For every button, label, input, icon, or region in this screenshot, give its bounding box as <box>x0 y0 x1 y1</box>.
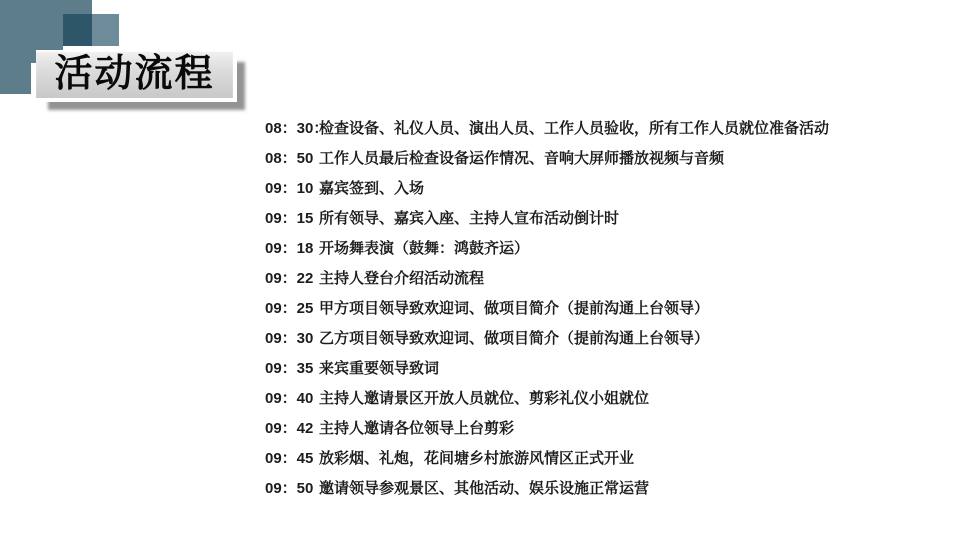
schedule-text: 检查设备、礼仪人员、演出人员、工作人员验收，所有工作人员就位准备活动 <box>319 117 925 138</box>
schedule-time: 09：35 <box>265 357 319 378</box>
schedule-time: 09：42 <box>265 417 319 438</box>
schedule-row: 09：18 开场舞表演（鼓舞：鸿鼓齐运） <box>265 232 925 262</box>
schedule-time: 09：25 <box>265 297 319 318</box>
schedule-text: 主持人邀请各位领导上台剪彩 <box>319 417 925 438</box>
schedule-time: 09：10 <box>265 177 319 198</box>
schedule-time: 08：50 <box>265 147 319 168</box>
schedule-row: 09：22 主持人登台介绍活动流程 <box>265 262 925 292</box>
corner-square-dark-decoration <box>63 14 92 46</box>
schedule-text: 乙方项目领导致欢迎词、做项目简介（提前沟通上台领导） <box>319 327 925 348</box>
schedule-row: 09：45 放彩烟、礼炮，花间塘乡村旅游风情区正式开业 <box>265 442 925 472</box>
schedule-row: 08：30： 检查设备、礼仪人员、演出人员、工作人员验收，所有工作人员就位准备活… <box>265 112 925 142</box>
schedule-time: 09：22 <box>265 267 319 288</box>
schedule-time: 09：18 <box>265 237 319 258</box>
schedule-list: 08：30： 检查设备、礼仪人员、演出人员、工作人员验收，所有工作人员就位准备活… <box>265 112 925 502</box>
schedule-time: 09：30 <box>265 327 319 348</box>
corner-square-light-decoration <box>92 14 119 46</box>
schedule-text: 放彩烟、礼炮，花间塘乡村旅游风情区正式开业 <box>319 447 925 468</box>
schedule-text: 开场舞表演（鼓舞：鸿鼓齐运） <box>319 237 925 258</box>
schedule-time: 09：45 <box>265 447 319 468</box>
schedule-text: 主持人登台介绍活动流程 <box>319 267 925 288</box>
slide: 活动流程 08：30： 检查设备、礼仪人员、演出人员、工作人员验收，所有工作人员… <box>0 0 960 540</box>
schedule-text: 来宾重要领导致词 <box>319 357 925 378</box>
schedule-row: 09：40 主持人邀请景区开放人员就位、剪彩礼仪小姐就位 <box>265 382 925 412</box>
corner-square-tall-decoration <box>0 0 31 94</box>
schedule-text: 所有领导、嘉宾入座、主持人宣布活动倒计时 <box>319 207 925 228</box>
schedule-row: 09：30 乙方项目领导致欢迎词、做项目简介（提前沟通上台领导） <box>265 322 925 352</box>
schedule-row: 09：25 甲方项目领导致欢迎词、做项目简介（提前沟通上台领导） <box>265 292 925 322</box>
page-title: 活动流程 <box>54 55 214 93</box>
schedule-row: 09：35 来宾重要领导致词 <box>265 352 925 382</box>
schedule-time: 09：40 <box>265 387 319 408</box>
schedule-time: 09：15 <box>265 207 319 228</box>
schedule-text: 邀请领导参观景区、其他活动、娱乐设施正常运营 <box>319 477 925 498</box>
schedule-row: 09：42 主持人邀请各位领导上台剪彩 <box>265 412 925 442</box>
schedule-row: 09：50 邀请领导参观景区、其他活动、娱乐设施正常运营 <box>265 472 925 502</box>
schedule-time: 09：50 <box>265 477 319 498</box>
schedule-row: 08：50 工作人员最后检查设备运作情况、音响大屏师播放视频与音频 <box>265 142 925 172</box>
schedule-text: 嘉宾签到、入场 <box>319 177 925 198</box>
schedule-row: 09：15 所有领导、嘉宾入座、主持人宣布活动倒计时 <box>265 202 925 232</box>
page-title-box: 活动流程 <box>36 50 233 98</box>
schedule-text: 工作人员最后检查设备运作情况、音响大屏师播放视频与音频 <box>319 147 925 168</box>
schedule-text: 主持人邀请景区开放人员就位、剪彩礼仪小姐就位 <box>319 387 925 408</box>
schedule-text: 甲方项目领导致欢迎词、做项目简介（提前沟通上台领导） <box>319 297 925 318</box>
schedule-time: 08：30： <box>265 117 319 138</box>
schedule-row: 09：10 嘉宾签到、入场 <box>265 172 925 202</box>
